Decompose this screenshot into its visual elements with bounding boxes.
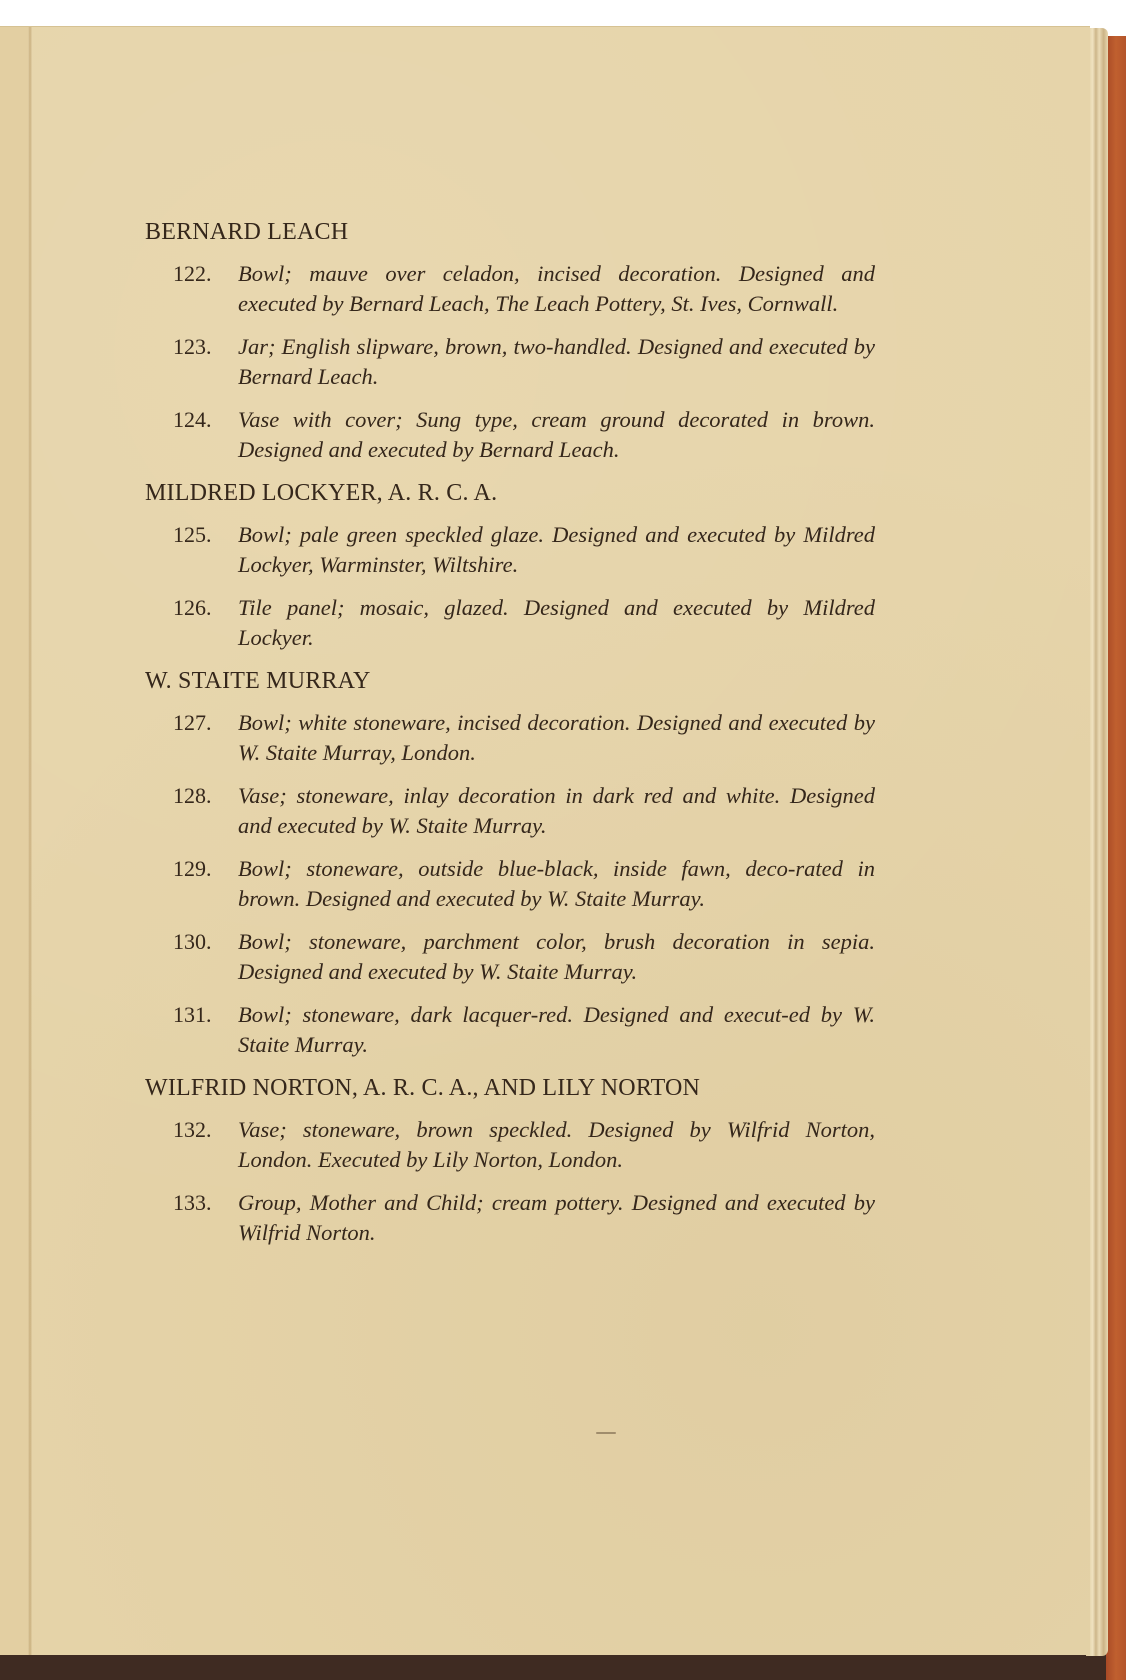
book-page: BERNARD LEACH 122. Bowl; mauve over cela… xyxy=(0,26,1090,1655)
item-description: Group, Mother and Child; cream pottery. … xyxy=(238,1188,875,1248)
list-item: 130. Bowl; stoneware, parchment color, b… xyxy=(145,927,875,987)
item-number: 125. xyxy=(145,520,238,580)
section-heading: W. STAITE MURRAY xyxy=(145,666,875,696)
section-bernard-leach: BERNARD LEACH 122. Bowl; mauve over cela… xyxy=(145,217,875,465)
item-number: 133. xyxy=(145,1188,238,1248)
item-description: Bowl; mauve over celadon, incised decora… xyxy=(238,259,875,319)
item-number: 130. xyxy=(145,927,238,987)
section-heading: WILFRID NORTON, A. R. C. A., AND LILY NO… xyxy=(145,1073,875,1103)
item-description: Bowl; stoneware, outside blue-black, ins… xyxy=(238,854,875,914)
list-item: 126. Tile panel; mosaic, glazed. Designe… xyxy=(145,593,875,653)
list-item: 131. Bowl; stoneware, dark lacquer-red. … xyxy=(145,1000,875,1060)
item-number: 126. xyxy=(145,593,238,653)
section-heading: MILDRED LOCKYER, A. R. C. A. xyxy=(145,478,875,508)
item-number: 127. xyxy=(145,708,238,768)
item-description: Bowl; white stoneware, incised decoratio… xyxy=(238,708,875,768)
list-item: 127. Bowl; white stoneware, incised deco… xyxy=(145,708,875,768)
item-description: Tile panel; mosaic, glazed. Designed and… xyxy=(238,593,875,653)
facing-page-edge xyxy=(0,27,28,1655)
item-description: Bowl; stoneware, parchment color, brush … xyxy=(238,927,875,987)
item-number: 128. xyxy=(145,781,238,841)
item-description: Jar; English slipware, brown, two-handle… xyxy=(238,332,875,392)
item-number: 123. xyxy=(145,332,238,392)
section-w-staite-murray: W. STAITE MURRAY 127. Bowl; white stonew… xyxy=(145,666,875,1060)
table-surface xyxy=(0,1652,1126,1680)
list-item: 123. Jar; English slipware, brown, two-h… xyxy=(145,332,875,392)
book-cover-edge xyxy=(1106,36,1126,1680)
list-item: 128. Vase; stoneware, inlay decoration i… xyxy=(145,781,875,841)
list-item: 125. Bowl; pale green speckled glaze. De… xyxy=(145,520,875,580)
item-number: 122. xyxy=(145,259,238,319)
list-item: 132. Vase; stoneware, brown speckled. De… xyxy=(145,1115,875,1175)
section-heading: BERNARD LEACH xyxy=(145,217,875,247)
item-description: Vase with cover; Sung type, cream ground… xyxy=(238,405,875,465)
section-norton: WILFRID NORTON, A. R. C. A., AND LILY NO… xyxy=(145,1073,875,1248)
page-gutter xyxy=(28,27,32,1655)
item-description: Vase; stoneware, inlay decoration in dar… xyxy=(238,781,875,841)
item-description: Bowl; pale green speckled glaze. Designe… xyxy=(238,520,875,580)
item-number: 124. xyxy=(145,405,238,465)
section-mildred-lockyer: MILDRED LOCKYER, A. R. C. A. 125. Bowl; … xyxy=(145,478,875,653)
list-item: 129. Bowl; stoneware, outside blue-black… xyxy=(145,854,875,914)
paper-mark xyxy=(596,1432,616,1434)
list-item: 122. Bowl; mauve over celadon, incised d… xyxy=(145,259,875,319)
item-number: 131. xyxy=(145,1000,238,1060)
list-item: 124. Vase with cover; Sung type, cream g… xyxy=(145,405,875,465)
catalogue-list: BERNARD LEACH 122. Bowl; mauve over cela… xyxy=(145,217,875,1261)
list-item: 133. Group, Mother and Child; cream pott… xyxy=(145,1188,875,1248)
item-description: Bowl; stoneware, dark lacquer-red. Desig… xyxy=(238,1000,875,1060)
item-number: 129. xyxy=(145,854,238,914)
item-description: Vase; stoneware, brown speckled. Designe… xyxy=(238,1115,875,1175)
item-number: 132. xyxy=(145,1115,238,1175)
